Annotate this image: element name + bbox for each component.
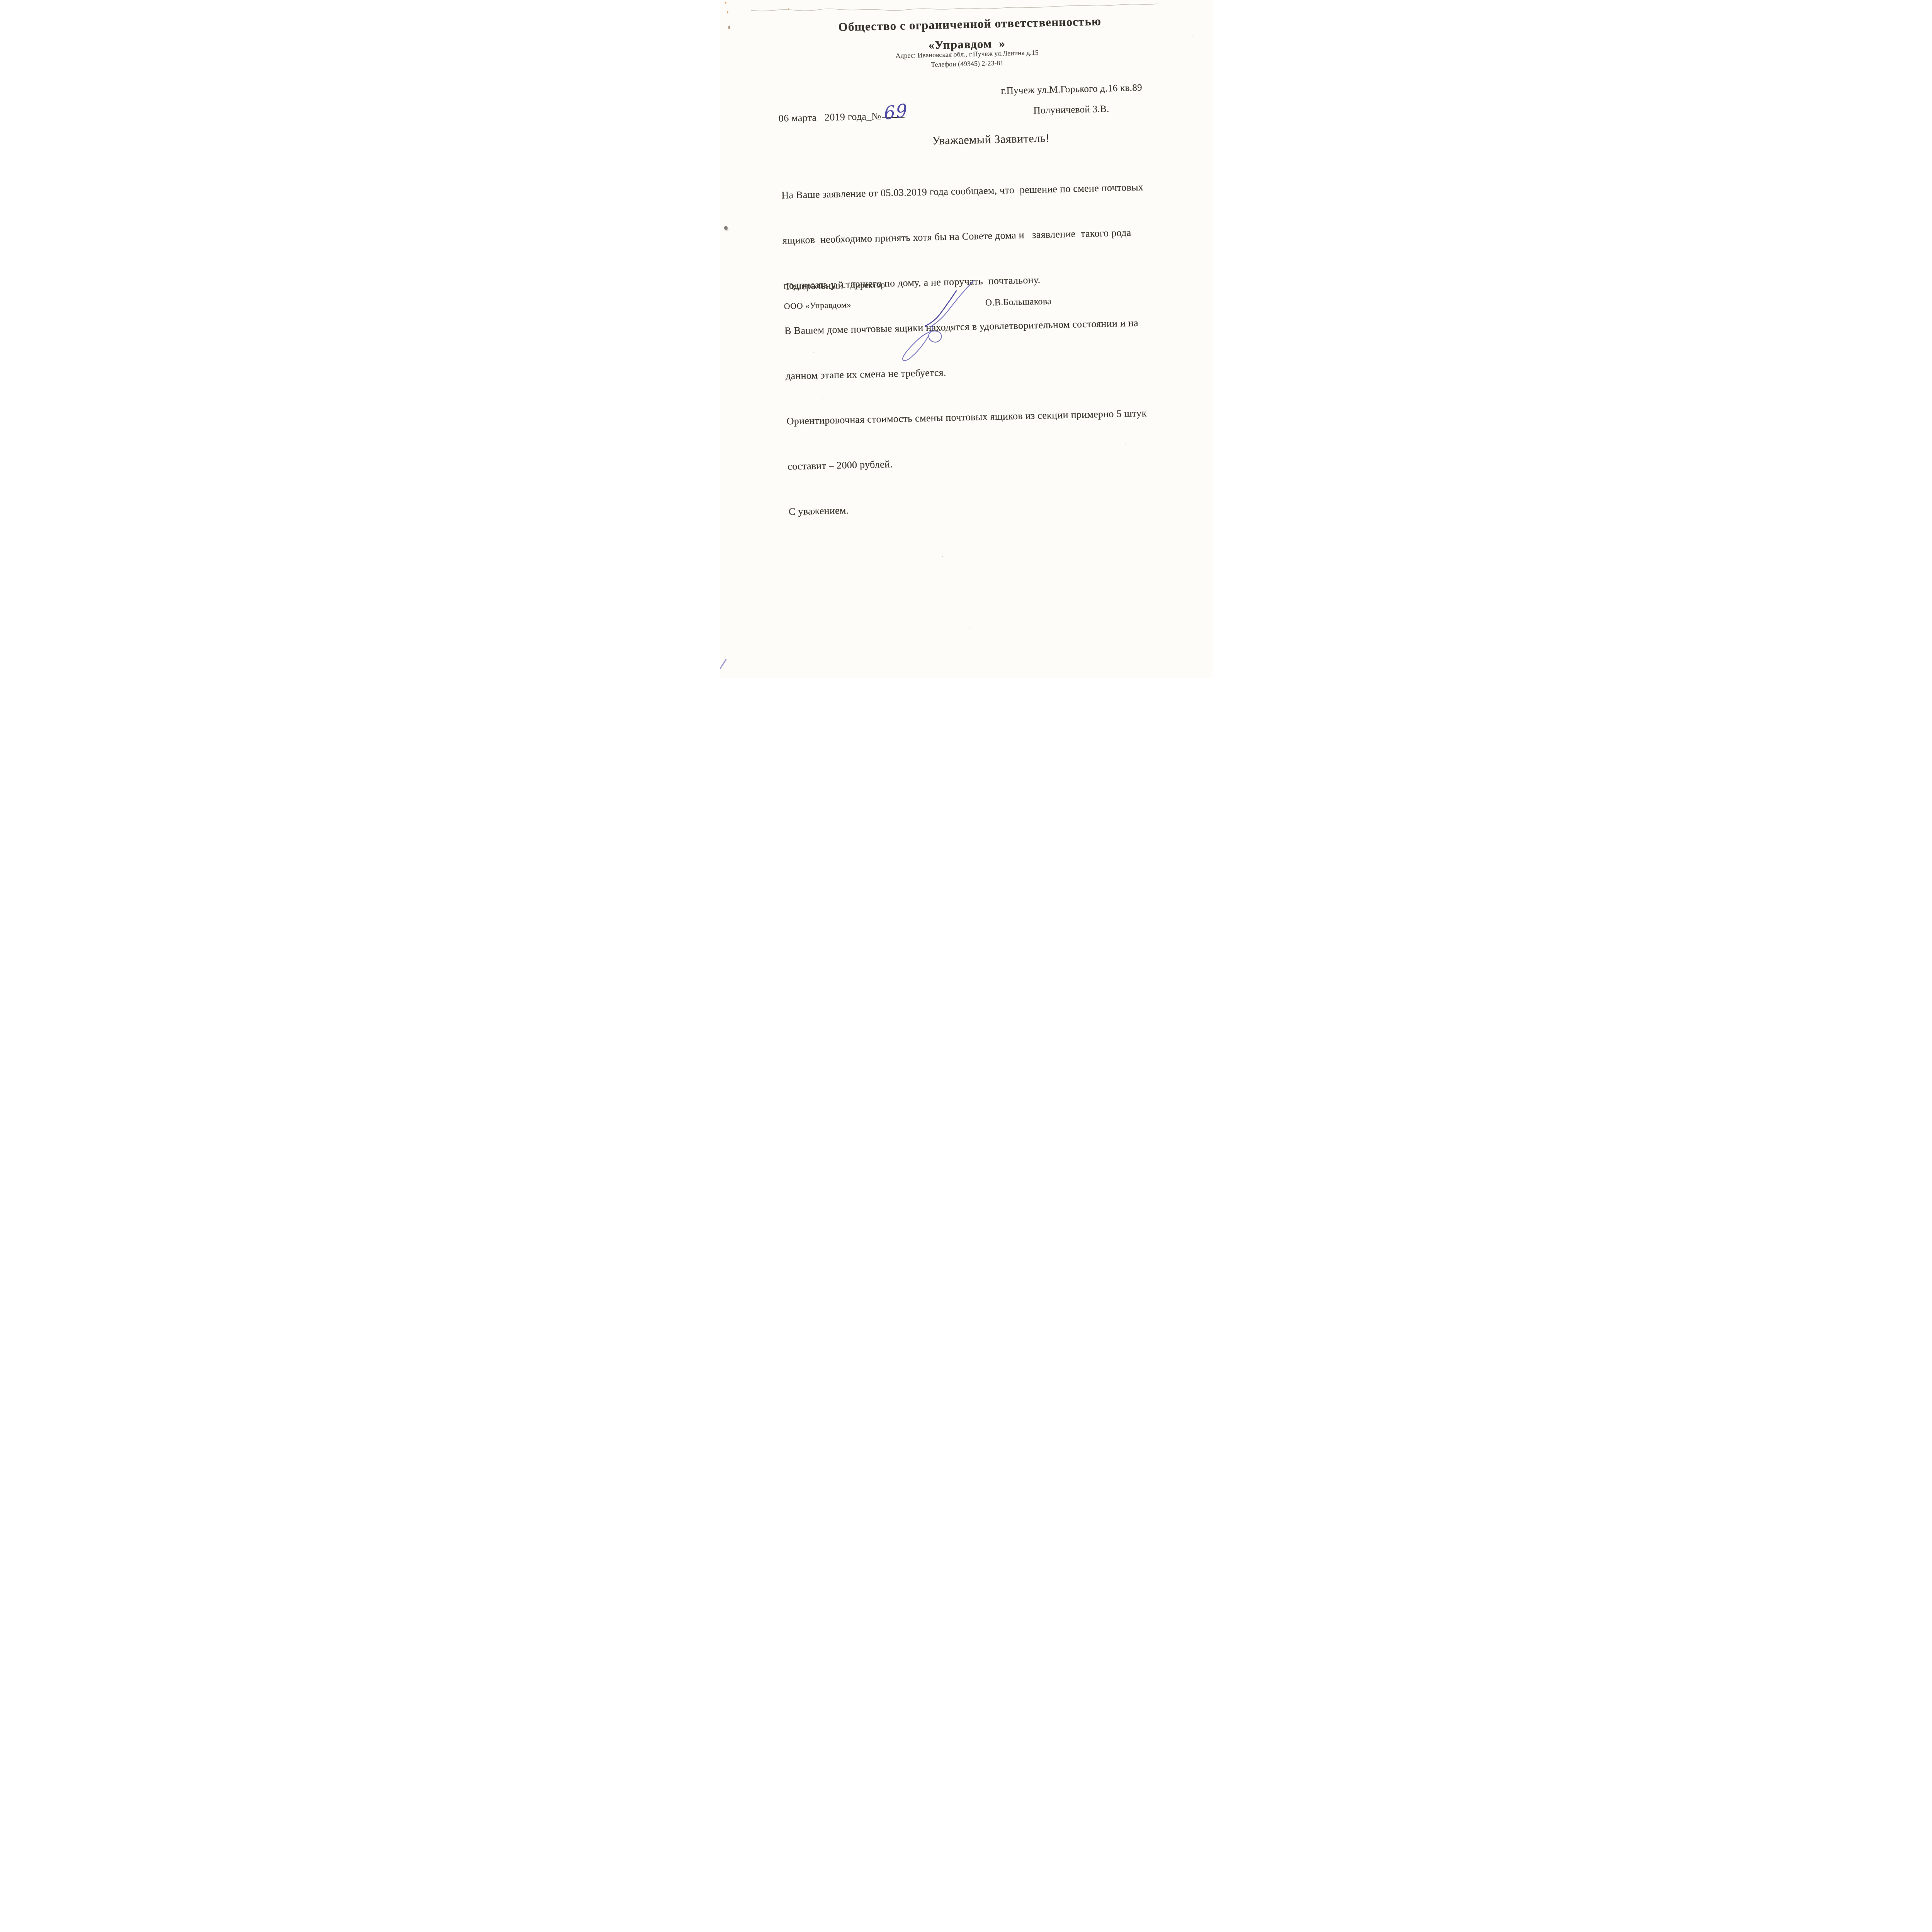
recipient-address: г.Пучеж ул.М.Горького д.16 кв.89 [1001, 82, 1142, 96]
pen-signature [898, 279, 981, 363]
company-name: ООО «Управдом» [784, 300, 851, 311]
closing-regards: С уважением. [788, 496, 1151, 519]
scan-speck [725, 2, 726, 4]
signer-position-line: ГенеральныйДиректор [783, 279, 885, 293]
date-text: 06 марта 2019 года_№ [778, 111, 881, 124]
handwritten-letter-number: 69 [883, 99, 908, 124]
position-secondary: Директор [849, 280, 885, 290]
body-line: На Ваше заявление от 05.03.2019 года соо… [781, 179, 1144, 202]
scan-corner-mark [720, 659, 727, 675]
letter-content: Общество с ограниченной ответственностью… [720, 0, 1213, 678]
position-main: Генеральный [783, 279, 844, 292]
scanned-letter-page: Общество с ограниченной ответственностью… [720, 0, 1213, 678]
body-line: ящиков необходимо принять хотя бы на Сов… [782, 224, 1145, 248]
recipient-name: Полуничевой З.В. [1033, 104, 1109, 116]
signer-name: О.В.Большакова [985, 296, 1051, 308]
body-line: составит – 2000 рублей. [787, 451, 1150, 474]
salutation: Уважаемый Заявитель! [932, 132, 1049, 148]
org-name-line1: Общество с ограниченной ответственностью [838, 14, 1095, 34]
body-line: Ориентировочная стоимость смены почтовых… [786, 405, 1149, 429]
body-line: данном этапе их смена не требуется. [785, 360, 1148, 383]
